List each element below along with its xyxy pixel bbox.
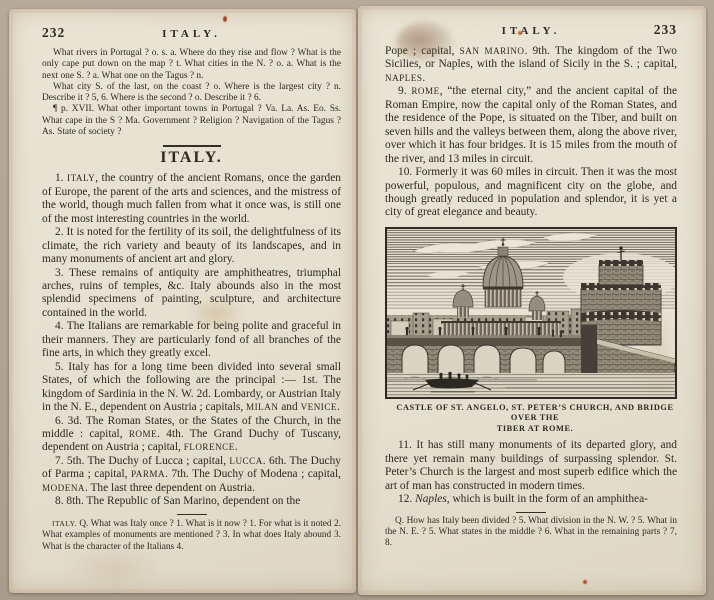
text-segment: Italy [67,173,95,183]
page-header: 232 ITALY. [42,25,341,41]
text-segment: 9. [398,85,411,97]
text-segment: . The last three dependent on Austria. [85,482,255,494]
text-segment: Naples [415,493,447,505]
text-segment: Rome [411,86,439,96]
text-segment: 10. Formerly it was 60 miles in circuit.… [385,166,677,218]
footnote: Q. How has Italy been divided ? 5. What … [385,516,677,550]
engraving-rome-view [385,227,677,399]
text-segment: Italy. [52,519,77,528]
text-segment: Modena [42,483,85,493]
paragraph: 8. 8th. The Republic of San Marino, depe… [42,495,341,508]
section-heading: ITALY. [42,149,341,167]
text-segment: Lucca [229,456,262,466]
figure-caption-line2: TIBER AT ROME. [385,424,685,435]
paragraph: 12. Naples, which is built in the form o… [385,493,677,506]
stain [223,16,227,22]
text-segment: 1. [55,172,67,184]
paragraph: 6. 3d. The Roman States, or the States o… [42,415,341,455]
page-number: 232 [42,25,82,41]
body-text: 1. Italy, the country of the ancient Rom… [42,172,341,508]
text-segment: . [422,72,425,84]
body-text-top: Pope ; capital, San Marino. 9th. The kin… [385,45,677,220]
book-spread: 232 ITALY. What rivers in Portugal ? o. … [0,0,714,600]
figure-caption-line1: CASTLE OF ST. ANGELO, ST. PETER’S CHURCH… [385,403,685,424]
text-segment: 7. 5th. The Duchy of Lucca ; capital, [55,455,229,467]
text-segment: 2. It is noted for the fertility of its … [42,226,341,265]
paragraph: 2. It is noted for the fertility of its … [42,226,341,266]
paragraph: Italy. Q. What was Italy once ? 1. What … [42,518,341,553]
text-segment: Q. What was Italy once ? 1. What is it n… [42,519,341,552]
page-number: 233 [637,22,677,38]
page-right: ITALY. 233 Pope ; capital, San Marino. 9… [358,6,706,595]
text-segment: 4. The Italians are remarkable for being… [42,320,341,359]
paragraph: What rivers in Portugal ? o. s. a. Where… [42,48,341,82]
text-segment: Milan [246,402,278,412]
text-segment: . [337,401,340,413]
paragraph: 4. The Italians are remarkable for being… [42,320,341,360]
text-segment: Pope ; capital, [385,45,460,57]
paragraph: 10. Formerly it was 60 miles in circuit.… [385,166,677,220]
paragraph: ¶ p. XVII. What other important towns in… [42,104,341,138]
section-rule [163,145,221,147]
running-head: ITALY. [425,25,637,37]
engraving-image [385,227,677,399]
paragraph: 5. Italy has for a long time been divide… [42,361,341,415]
stain [69,549,159,589]
paragraph: 7. 5th. The Duchy of Lucca ; capital, Lu… [42,455,341,495]
text-segment: , which is built in the form of an amphi… [447,493,648,505]
running-head: ITALY. [82,28,301,40]
paragraph: 3. These remains of antiquity are amphit… [42,267,341,321]
paragraph: Q. How has Italy been divided ? 5. What … [385,516,677,550]
page-header: ITALY. 233 [385,22,677,38]
text-segment: Venice [301,402,337,412]
text-segment: Florence [184,442,235,452]
text-segment: Rome [129,429,157,439]
paragraph: 1. Italy, the country of the ancient Rom… [42,172,341,226]
text-segment: 11. It has still many monuments of its d… [385,439,677,491]
footnote-rule [516,512,546,513]
paragraph: 9. Rome, “the eternal city,” and the anc… [385,85,677,166]
text-segment: , “the eternal city,” and the ancient ca… [385,85,677,164]
paragraph: Pope ; capital, San Marino. 9th. The kin… [385,45,677,85]
paragraph: What city S. of the last, on the coast ?… [42,82,341,105]
page-left: 232 ITALY. What rivers in Portugal ? o. … [9,9,356,593]
stain [583,580,587,584]
text-segment: and [278,401,300,413]
text-segment: Parma [131,469,165,479]
footnote: Italy. Q. What was Italy once ? 1. What … [42,518,341,553]
text-segment: San Marino [460,46,525,56]
text-segment: 12. [398,493,415,505]
text-segment: Q. How has Italy been divided ? 5. What … [385,516,677,549]
paragraph: 11. It has still many monuments of its d… [385,439,677,493]
text-segment: . 7th. The Duchy of Modena ; capital, [165,468,341,480]
text-segment: 3. These remains of antiquity are amphit… [42,267,341,319]
text-segment: 8. 8th. The Republic of San Marino, depe… [55,495,300,507]
body-text-bottom: 11. It has still many monuments of its d… [385,439,677,506]
text-segment: Naples [385,73,422,83]
figure-caption: CASTLE OF ST. ANGELO, ST. PETER’S CHURCH… [385,403,685,435]
footnote-rule [177,514,207,515]
review-questions: What rivers in Portugal ? o. s. a. Where… [42,48,341,138]
text-segment: . [235,441,238,453]
